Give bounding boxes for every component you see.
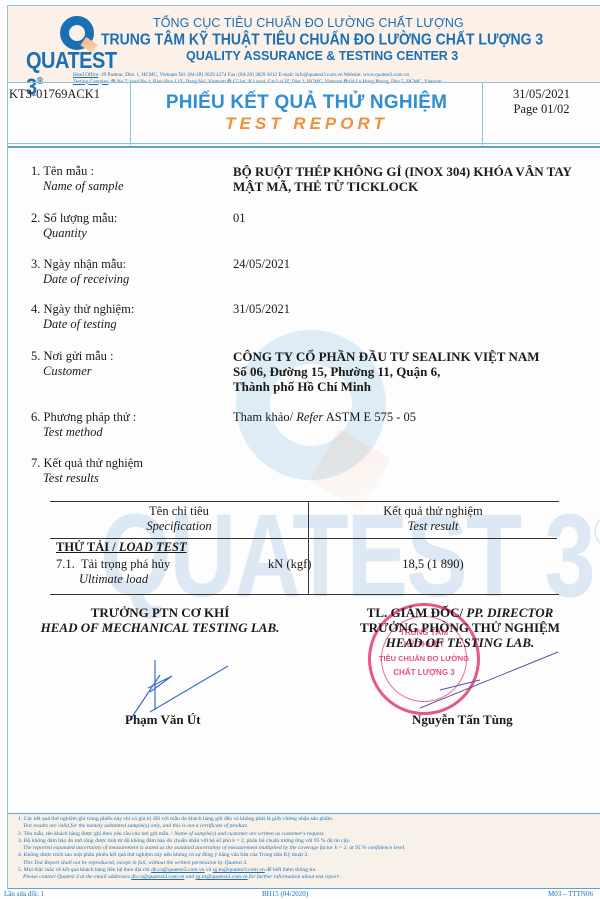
field-date-testing-value: 31/05/2021 — [233, 302, 290, 317]
field-date-receiving-label: 3. Ngày nhận mẫu: Date of receiving — [31, 257, 129, 287]
field-sample-name-value: BỘ RUỘT THÉP KHÔNG GỈ (INOX 304) KHÓA VÂ… — [233, 164, 572, 194]
right-signer-title: TL. GIÁM ĐỐC/ PP. DIRECTOR — [330, 605, 590, 620]
table-header-divider — [50, 538, 557, 539]
signature-block-left: TRƯỞNG PTN CƠ KHÍ HEAD OF MECHANICAL TES… — [30, 605, 290, 635]
table-row-unit: kN (kgf) — [268, 557, 311, 572]
field-quantity-value: 01 — [233, 211, 246, 226]
field-test-method-value: Tham khảo/ Refer ASTM E 575 - 05 — [233, 410, 416, 425]
report-date: 31/05/2021 — [483, 87, 600, 102]
agency-name: TỔNG CỤC TIÊU CHUẨN ĐO LƯỜNG CHẤT LƯỢNG — [153, 16, 464, 30]
revision-number: Lần sửa đổi: 1 — [4, 890, 44, 898]
report-notes: 1. Các kết quả thử nghiệm ghi trong phiế… — [8, 813, 600, 889]
report-title-vi: PHIẾU KẾT QUẢ THỬ NGHIỆM — [131, 92, 482, 114]
issue-code: BH15 (04/2020) — [262, 890, 308, 898]
field-test-results-label: 7. Kết quả thử nghiệm Test results — [31, 456, 143, 486]
page-number: Page 01/02 — [483, 102, 600, 117]
center-name-en: QUALITY ASSURANCE & TESTING CENTER 3 — [186, 49, 458, 63]
field-test-method-label: 6. Phương pháp thử : Test method — [31, 410, 136, 440]
signature-scribble-left-icon — [120, 660, 230, 720]
form-code: M03 – TTTN06 — [548, 890, 593, 898]
table-row-ultimate-load-label: 7.1. Tải trọng phá hủy Ultimate load — [56, 557, 170, 587]
results-table: Tên chỉ tiêu Specification Kết quả thử n… — [50, 501, 559, 595]
field-date-testing-label: 4. Ngày thử nghiệm: Date of testing — [31, 302, 134, 332]
right-signer-name: Nguyễn Tấn Tùng — [412, 712, 513, 728]
report-header: KT3-01769ACK1 PHIẾU KẾT QUẢ THỬ NGHIỆM T… — [8, 82, 600, 144]
report-number: KT3-01769ACK1 — [8, 83, 131, 145]
customer-name: CÔNG TY CỔ PHẦN ĐẦU TƯ SEALINK VIỆT NAM — [233, 349, 540, 364]
field-customer-label: 5. Nơi gửi mẫu : Customer — [31, 349, 113, 379]
head-office-label: Head Office — [73, 72, 98, 78]
note-2: 2. Tên mẫu, tên khách hàng được ghi theo… — [18, 831, 600, 838]
right-signer-subtitle: TRƯỞNG PHÒNG THỬ NGHIỆM — [330, 620, 590, 635]
report-title-block: PHIẾU KẾT QUẢ THỬ NGHIỆM TEST REPORT — [131, 83, 483, 145]
field-quantity-label: 2. Số lượng mẫu: Quantity — [31, 211, 117, 241]
left-signer-title: TRƯỞNG PTN CƠ KHÍ — [30, 605, 290, 620]
center-name-vi: TRUNG TÂM KỸ THUẬT TIÊU CHUẨN ĐO LƯỜNG C… — [101, 30, 543, 48]
right-signer-subtitle-en: HEAD OF TESTING LAB. — [330, 635, 590, 650]
customer-address-line1: Số 06, Đường 15, Phường 11, Quận 6, — [233, 364, 540, 379]
left-signer-title-en: HEAD OF MECHANICAL TESTING LAB. — [30, 620, 290, 635]
note-1: 1. Các kết quả thử nghiệm ghi trong phiế… — [18, 816, 600, 831]
report-title-en: TEST REPORT — [131, 114, 482, 134]
email-link-cs[interactable]: dh.cs@quatest3.com.vn — [151, 867, 204, 873]
customer-address-line2: Thành phố Hồ Chí Minh — [233, 379, 540, 394]
note-5: 5. Mọi thắc mắc về kết quả khách hàng li… — [18, 867, 600, 882]
table-row-result: 18,5 (1 890) — [308, 557, 558, 572]
left-signer-name: Phạm Văn Út — [125, 712, 201, 728]
email-link-tn[interactable]: rg.tn@quatest3.com.vn — [213, 867, 265, 873]
letterhead: QUATEST 3® TỔNG CỤC TIÊU CHUẨN ĐO LƯỜNG … — [8, 6, 600, 82]
field-date-receiving-value: 24/05/2021 — [233, 257, 290, 272]
head-office-details: : 49 Pasteur, Dist. 1, HCMC, Vietnam Tel… — [98, 72, 409, 78]
report-date-page: 31/05/2021 Page 01/02 — [483, 83, 600, 145]
table-header-result: Kết quả thử nghiệm Test result — [308, 504, 558, 534]
header-divider — [8, 146, 600, 148]
signature-block-right: TL. GIÁM ĐỐC/ PP. DIRECTOR TRƯỞNG PHÒNG … — [330, 605, 590, 650]
test-report-page: QUATEST 3® TỔNG CỤC TIÊU CHUẨN ĐO LƯỜNG … — [0, 0, 600, 899]
note-4: 4. Không được trích sao một phần phiếu k… — [18, 852, 600, 867]
field-sample-name-label: 1. Tên mẫu : Name of sample — [31, 164, 124, 194]
table-header-specification: Tên chỉ tiêu Specification — [50, 504, 308, 534]
field-customer-value: CÔNG TY CỔ PHẦN ĐẦU TƯ SEALINK VIỆT NAM … — [233, 349, 540, 394]
signature-scribble-right-icon — [420, 650, 560, 710]
section-load-test: THỬ TẢI / LOAD TEST — [56, 540, 187, 555]
note-3: 3. Độ không đảm bảo đo mở rộng được tính… — [18, 838, 600, 853]
